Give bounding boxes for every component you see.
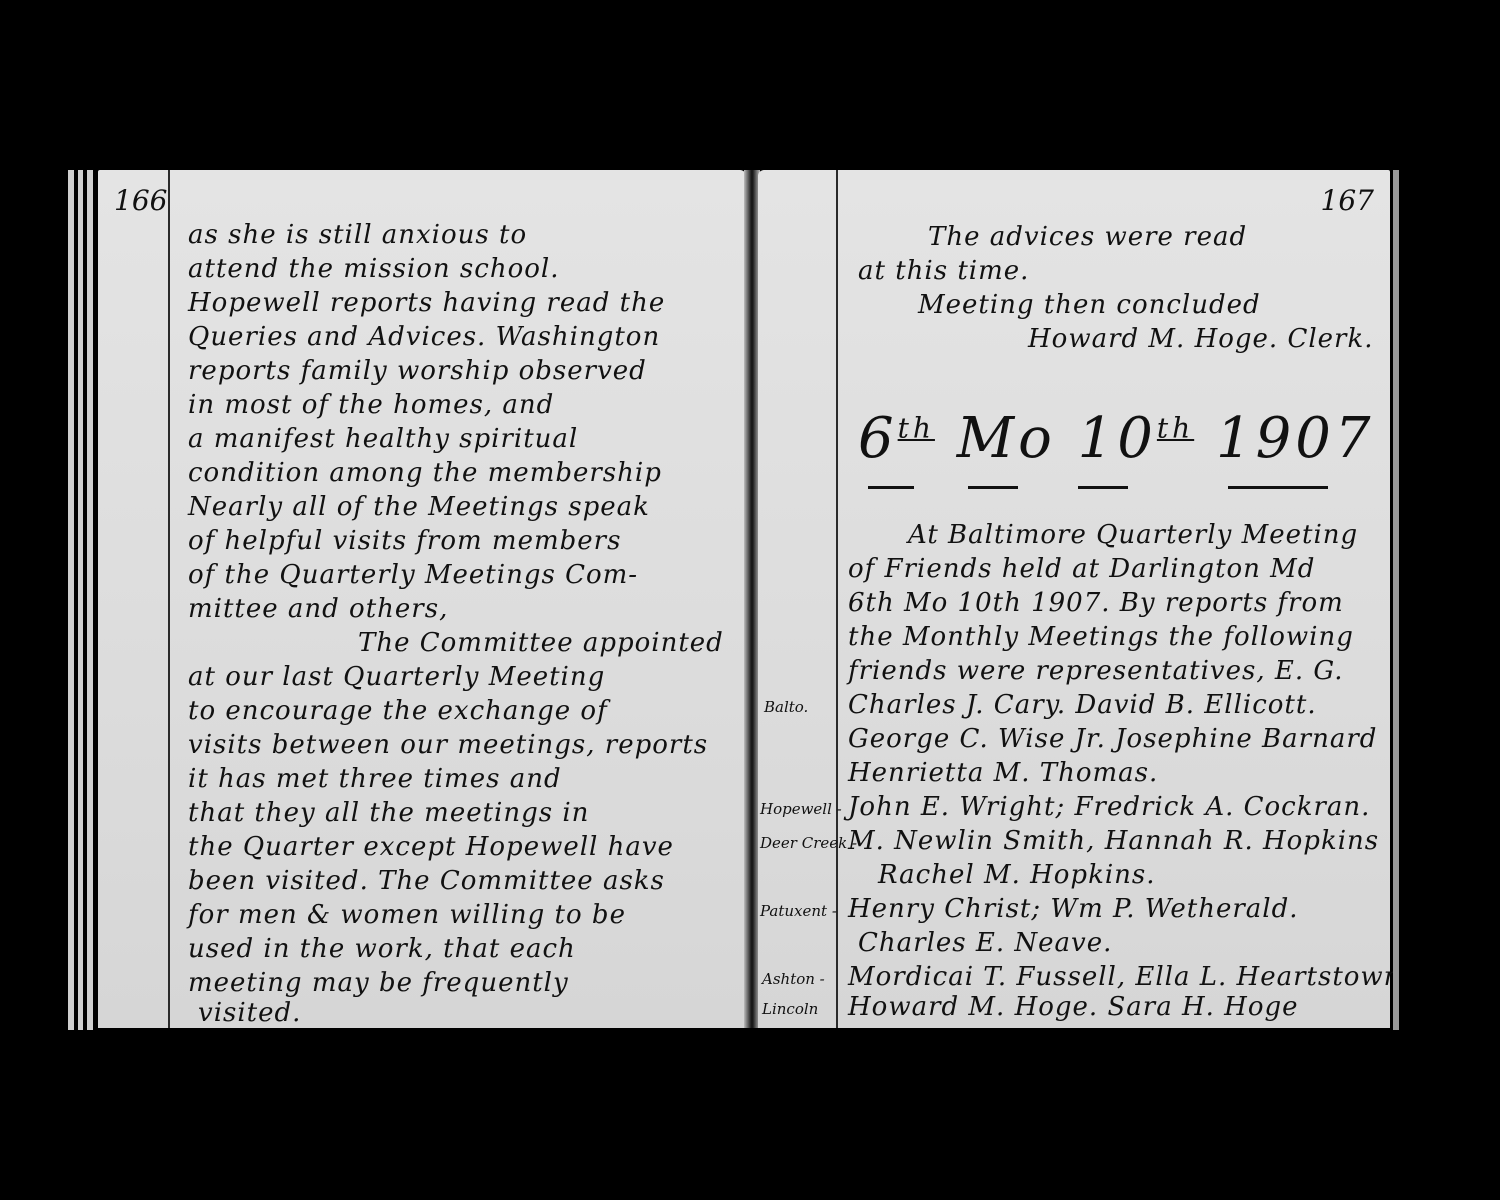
text-line: at our last Quarterly Meeting — [188, 662, 605, 692]
representatives-line: Charles E. Neave. — [858, 928, 1112, 958]
meeting-label: Lincoln — [762, 1000, 818, 1018]
text-line: visits between our meetings, reports — [188, 730, 708, 760]
text-line: the Quarter except Hopewell have — [188, 832, 674, 862]
representatives-line: John E. Wright; Fredrick A. Cockran. — [848, 792, 1370, 822]
underline — [1228, 486, 1328, 489]
underline — [968, 486, 1018, 489]
text-line: 6th Mo 10th 1907. By reports from — [848, 588, 1344, 618]
text-line: it has met three times and — [188, 764, 562, 794]
underline — [868, 486, 914, 489]
margin-rule — [168, 170, 170, 1028]
text-line: Nearly all of the Meetings speak — [188, 492, 650, 522]
text-line: attend the mission school. — [188, 254, 559, 284]
meeting-label: Hopewell - — [760, 800, 842, 818]
text-line: condition among the membership — [188, 458, 662, 488]
text-line: that they all the meetings in — [188, 798, 589, 828]
representatives-line: Henrietta M. Thomas. — [848, 758, 1158, 788]
page-edge — [87, 170, 93, 1030]
representatives-line: Henry Christ; Wm P. Wetherald. — [848, 894, 1299, 924]
meeting-label: Ashton - — [762, 970, 825, 988]
text-line: been visited. The Committee asks — [188, 866, 665, 896]
page-number: 166 — [114, 184, 167, 217]
meeting-label: Balto. — [764, 698, 808, 716]
text-line: The advices were read — [928, 222, 1247, 252]
text-line: to encourage the exchange of — [188, 696, 608, 726]
page-edge — [68, 170, 74, 1030]
open-ledger-book: 166 as she is still anxious to attend th… — [68, 170, 1413, 1030]
text-line: friends were representatives, E. G. — [848, 656, 1344, 686]
representatives-line: George C. Wise Jr. Josephine Barnard — [848, 724, 1377, 754]
representatives-line: Charles J. Cary. David B. Ellicott. — [848, 690, 1317, 720]
meeting-label: Patuxent - — [760, 902, 837, 920]
date-year: 1907 — [1216, 406, 1375, 471]
representatives-line: Rachel M. Hopkins. — [878, 860, 1156, 890]
text-line: reports family worship observed — [188, 356, 647, 386]
date-month-suffix: th — [898, 411, 935, 444]
text-line: mittee and others, — [188, 594, 448, 624]
date-month-number: 6 — [858, 406, 898, 471]
text-line: the Monthly Meetings the following — [848, 622, 1354, 652]
text-line: of Friends held at Darlington Md — [848, 554, 1315, 584]
page-number: 167 — [1321, 184, 1374, 217]
text-line: visited. — [198, 998, 301, 1028]
text-line: used in the work, that each — [188, 934, 576, 964]
representatives-line: Mordicai T. Fussell, Ella L. Heartstown — [848, 962, 1401, 992]
text-line: Queries and Advices. Washington — [188, 322, 660, 352]
text-line: Hopewell reports having read the — [188, 288, 665, 318]
margin-rule — [836, 170, 838, 1028]
page-edge — [78, 170, 83, 1030]
meeting-label: Deer Creek - — [760, 834, 857, 852]
text-line: At Baltimore Quarterly Meeting — [908, 520, 1358, 550]
right-page: 167 The advices were read at this time. … — [758, 170, 1390, 1028]
text-line: The Committee appointed — [358, 628, 724, 658]
date-heading: 6th Mo 10th 1907 — [858, 406, 1375, 471]
clerk-signature: Howard M. Hoge. Clerk. — [1028, 324, 1374, 354]
representatives-line: Howard M. Hoge. Sara H. Hoge — [848, 992, 1299, 1022]
text-line: for men & women willing to be — [188, 900, 626, 930]
text-line: at this time. — [858, 256, 1029, 286]
representatives-line: M. Newlin Smith, Hannah R. Hopkins — [848, 826, 1379, 856]
text-line: of the Quarterly Meetings Com- — [188, 560, 638, 590]
text-line: Meeting then concluded — [918, 290, 1261, 320]
date-day-suffix: th — [1157, 411, 1194, 444]
text-line: of helpful visits from members — [188, 526, 621, 556]
text-line: in most of the homes, and — [188, 390, 554, 420]
date-day-number: 10 — [1078, 406, 1157, 471]
date-month-label: Mo — [957, 406, 1056, 471]
text-line: as she is still anxious to — [188, 220, 527, 250]
left-page: 166 as she is still anxious to attend th… — [98, 170, 746, 1028]
text-line: a manifest healthy spiritual — [188, 424, 578, 454]
underline — [1078, 486, 1128, 489]
page-edge — [1393, 170, 1399, 1030]
text-line: meeting may be frequently — [188, 968, 569, 998]
